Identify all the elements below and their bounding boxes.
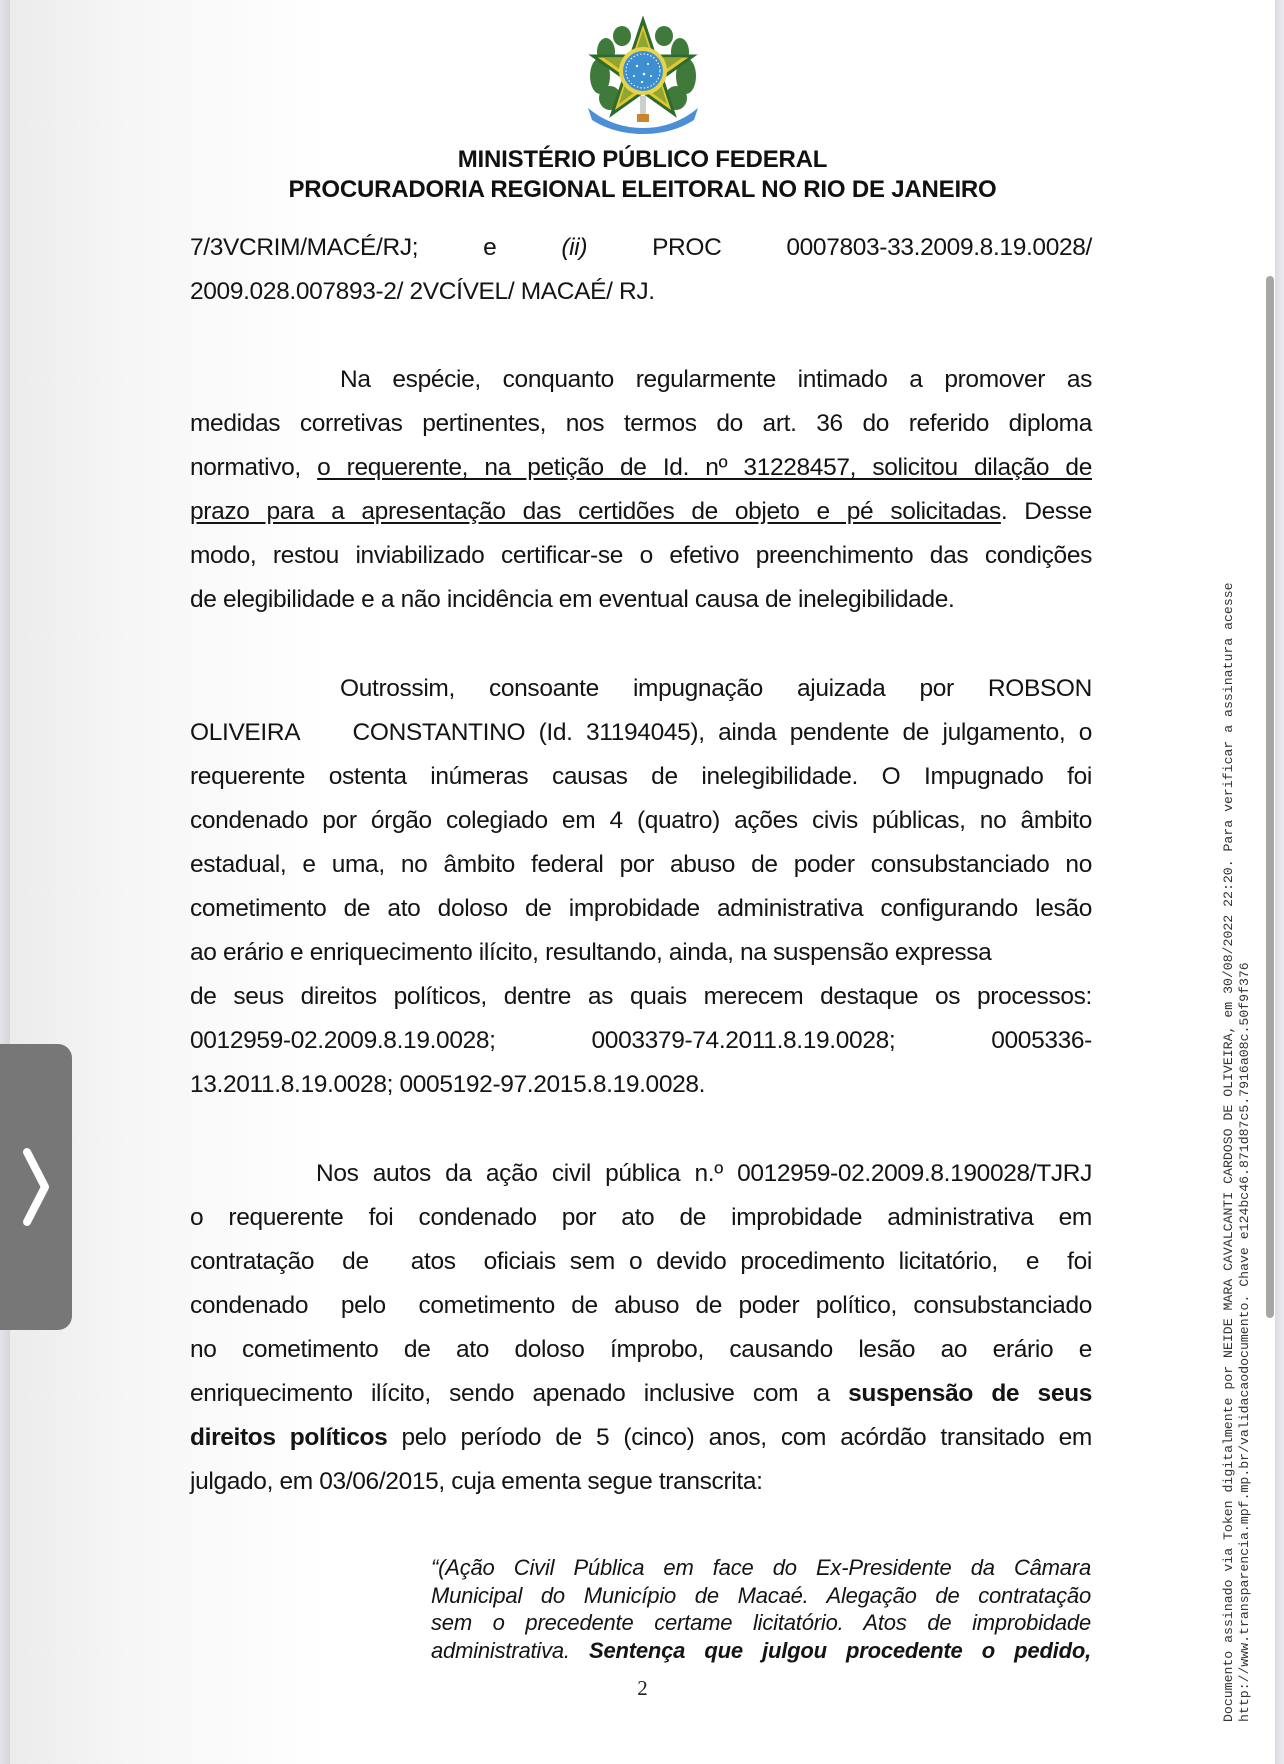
body-line: condenado pelo cometimento de abuso de p… — [190, 1284, 1092, 1328]
text-segment: (ii) — [561, 226, 587, 270]
brazil-coat-of-arms-icon — [582, 16, 704, 134]
header-title-line1: MINISTÉRIO PÚBLICO FEDERAL — [10, 146, 1275, 174]
next-page-tab[interactable] — [0, 1044, 72, 1330]
quote-line: sem o precedente certame licitatório. At… — [431, 1609, 1091, 1637]
paragraph-case-references: 7/3VCRIM/MACÉ/RJ; e (ii) PROC 0007803-33… — [190, 226, 1092, 314]
body-line: 2009.028.007893-2/ 2VCÍVEL/ MACAÉ/ RJ. — [190, 270, 1092, 314]
text-segment: enriquecimento ilícito, sendo apenado in… — [190, 1380, 848, 1407]
body-line: Nos autos da ação civil pública n.º 0012… — [190, 1152, 1092, 1196]
body-line: contratação de atos oficiais sem o devid… — [190, 1240, 1092, 1284]
text-segment: PROC — [652, 226, 721, 270]
body-line: normativo, o requerente, na petição de I… — [190, 446, 1092, 490]
text-segment: Outrossim, consoante impugnação ajuizada… — [340, 675, 1092, 702]
header-title-line2: PROCURADORIA REGIONAL ELEITORAL NO RIO D… — [10, 176, 1275, 204]
digital-signature-note: Documento assinado via Token digitalment… — [1221, 582, 1253, 1722]
text-segment: normativo, — [190, 454, 317, 481]
text-segment: e — [483, 226, 496, 270]
paragraph-nos-autos: Nos autos da ação civil pública n.º 0012… — [190, 1152, 1092, 1504]
page-number: 2 — [10, 1676, 1275, 1701]
body-line: 7/3VCRIM/MACÉ/RJ; e (ii) PROC 0007803-33… — [190, 226, 1092, 270]
body-line: de seus direitos políticos, dentre as qu… — [190, 975, 1092, 1019]
text-segment: . Desse — [1001, 498, 1092, 525]
viewer-left-edge — [0, 0, 10, 1764]
scrollbar-thumb[interactable] — [1266, 276, 1274, 1318]
quote-line: Municipal do Município de Macaé. Alegaçã… — [431, 1582, 1091, 1610]
body-line: no cometimento de ato doloso ímprobo, ca… — [190, 1328, 1092, 1372]
text-segment: Nos autos da ação civil pública n.º 0012… — [316, 1160, 1092, 1187]
scrollbar-track[interactable] — [1275, 0, 1284, 1764]
ementa-quote: “(Ação Civil Pública em face do Ex-Presi… — [431, 1554, 1091, 1664]
body-line: 13.2011.8.19.0028; 0005192-97.2015.8.19.… — [190, 1063, 1092, 1107]
quote-line: administrativa. Sentença que julgou proc… — [431, 1637, 1091, 1665]
body-line: Na espécie, conquanto regularmente intim… — [190, 358, 1092, 402]
body-line: Outrossim, consoante impugnação ajuizada… — [190, 667, 1092, 711]
body-line: direitos políticos pelo período de 5 (ci… — [190, 1416, 1092, 1460]
text-segment: pelo período de 5 (cinco) anos, com acór… — [387, 1424, 1092, 1451]
text-segment: 7/3VCRIM/MACÉ/RJ; — [190, 226, 418, 270]
paragraph-na-especie: Na espécie, conquanto regularmente intim… — [190, 358, 1092, 622]
text-segment: 0007803-33.2009.8.19.0028/ — [786, 226, 1092, 270]
chevron-right-icon — [21, 1146, 51, 1228]
body-line: requerente ostenta inúmeras causas de in… — [190, 755, 1092, 799]
body-line: ao erário e enriquecimento ilícito, resu… — [190, 931, 1092, 975]
body-line: enriquecimento ilícito, sendo apenado in… — [190, 1372, 1092, 1416]
underlined-text: prazo para a apresentação das certidões … — [190, 498, 1001, 525]
body-line: prazo para a apresentação das certidões … — [190, 490, 1092, 534]
body-line: medidas corretivas pertinentes, nos term… — [190, 402, 1092, 446]
body-line: o requerente foi condenado por ato de im… — [190, 1196, 1092, 1240]
bold-text: suspensão de seus — [848, 1380, 1092, 1407]
body-line: 0012959-02.2009.8.19.0028; 0003379-74.20… — [190, 1019, 1092, 1063]
body-line: OLIVEIRA CONSTANTINO (Id. 31194045), ain… — [190, 711, 1092, 755]
body-line: estadual, e uma, no âmbito federal por a… — [190, 843, 1092, 887]
bold-text: Sentença que julgou procedente o pedido, — [589, 1638, 1091, 1663]
body-line: cometimento de ato doloso de improbidade… — [190, 887, 1092, 931]
body-line: de elegibilidade e a não incidência em e… — [190, 578, 1092, 622]
bold-text: direitos políticos — [190, 1424, 387, 1451]
text-segment: Na espécie, conquanto regularmente intim… — [340, 366, 1092, 393]
text-segment: administrativa. — [431, 1638, 589, 1663]
body-line: julgado, em 03/06/2015, cuja ementa segu… — [190, 1460, 1092, 1504]
signature-line: Documento assinado via Token digitalment… — [1221, 582, 1237, 1722]
underlined-text: o requerente, na petição de Id. nº 31228… — [317, 454, 1092, 481]
paragraph-outrossim: Outrossim, consoante impugnação ajuizada… — [190, 667, 1092, 1107]
quote-line: “(Ação Civil Pública em face do Ex-Presi… — [431, 1554, 1091, 1582]
body-line: modo, restou inviabilizado certificar-se… — [190, 534, 1092, 578]
body-line: condenado por órgão colegiado em 4 (quat… — [190, 799, 1092, 843]
signature-url-line[interactable]: http://www.transparencia.mpf.mp.br/valid… — [1237, 582, 1253, 1722]
